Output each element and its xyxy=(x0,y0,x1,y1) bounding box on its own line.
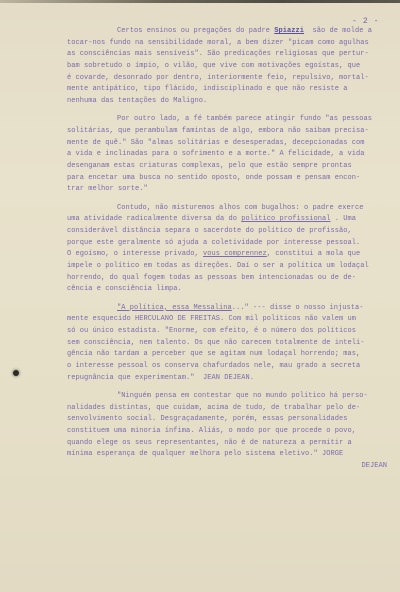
ink-spot xyxy=(13,370,19,376)
underlined-phrase: vous comprennez xyxy=(203,250,267,258)
text-line: senvolvimento social. Desgraçadamente, p… xyxy=(67,414,387,426)
text-line: mente antipático, tipo flácido, indiscip… xyxy=(67,84,387,96)
text-line: considerável distância separa o sacerdot… xyxy=(67,226,387,238)
text-line: bam sobretudo o ímpio, o vilão, que vive… xyxy=(67,61,387,73)
text-line: as consciências mais sensíveis". São pre… xyxy=(67,49,387,61)
text-line: nalidades distintas, que cuidam, acima d… xyxy=(67,403,387,415)
text-line: tocar-nos fundo na sensibilidade moral, … xyxy=(67,38,387,50)
text-line: Contudo, não misturemos alhos com bugalh… xyxy=(67,203,387,215)
paragraph: "Ninguém pensa em contestar que no mundo… xyxy=(67,391,387,473)
text-line: impele o político em todas as direções. … xyxy=(67,261,387,273)
text-line: repugnância que experimentam." JEAN DEJE… xyxy=(67,373,387,385)
text-line: mínima esperança de qualquer melhora pel… xyxy=(67,449,387,461)
page-number: - 2 - xyxy=(352,17,379,26)
text-line: "Ninguém pensa em contestar que no mundo… xyxy=(67,391,387,403)
text-line: cência e consciência limpa. xyxy=(67,284,387,296)
text-line: a vida e inclinadas para o sofrimento e … xyxy=(67,149,387,161)
text-line: só ou único estadista. "Enorme, com efei… xyxy=(67,326,387,338)
margin-line xyxy=(58,0,59,592)
page-top-edge xyxy=(0,0,400,3)
paragraph: Por outro lado, a fé também parece ating… xyxy=(67,114,387,196)
underlined-phrase: politico profissional xyxy=(241,215,330,223)
paragraph: Certos ensinos ou pregações do padre Spi… xyxy=(67,26,387,108)
signature: DEJEAN xyxy=(67,461,387,473)
text-line: O egoísmo, o interesse privado, vous com… xyxy=(67,249,387,261)
text-line: constituem uma minoria ínfima. Aliás, o … xyxy=(67,426,387,438)
text-line: nenhuma das tentações do Maligno. xyxy=(67,96,387,108)
document-page: - 2 - Certos ensinos ou pregações do pad… xyxy=(0,0,400,592)
paragraph: "A política, essa Messalina..." --- diss… xyxy=(67,303,387,385)
text-line: horrendo, do qual fogem todas as pessoas… xyxy=(67,273,387,285)
text-line: trar melhor sorte." xyxy=(67,184,387,196)
text-line: mente esquecido HERCULANO DE FREITAS. Co… xyxy=(67,314,387,326)
text-line: gência não tardam a perceber que se agit… xyxy=(67,349,387,361)
text-line: quando elege os seus representantes, não… xyxy=(67,438,387,450)
text-line: é covarde, desonrado por dentro, interio… xyxy=(67,73,387,85)
underlined-phrase: "A política, essa Messalina xyxy=(117,304,232,312)
paragraph: Contudo, não misturemos alhos com bugalh… xyxy=(67,203,387,297)
text-line: Por outro lado, a fé também parece ating… xyxy=(67,114,387,126)
text-line: uma atividade radicalmente diversa da do… xyxy=(67,214,387,226)
text-line: o interesse pessoal os conserva chafurda… xyxy=(67,361,387,373)
document-body: Certos ensinos ou pregações do padre Spi… xyxy=(67,26,387,473)
text-line: sem consciência, nem talento. Os que não… xyxy=(67,338,387,350)
text-line: Certos ensinos ou pregações do padre Spi… xyxy=(67,26,387,38)
text-line: solitárias, que perambulam famintas de a… xyxy=(67,126,387,138)
text-line: para encetar uma busca no sentido oposto… xyxy=(67,173,387,185)
text-line: mente de quê." São "almas solitárias e d… xyxy=(67,138,387,150)
text-line: "A política, essa Messalina..." --- diss… xyxy=(67,303,387,315)
text-line: porque este geralmente só ajuda a coleti… xyxy=(67,238,387,250)
overtyped-name: Spiazzi xyxy=(274,27,304,35)
text-line: desenganam estas criaturas complexas, pe… xyxy=(67,161,387,173)
